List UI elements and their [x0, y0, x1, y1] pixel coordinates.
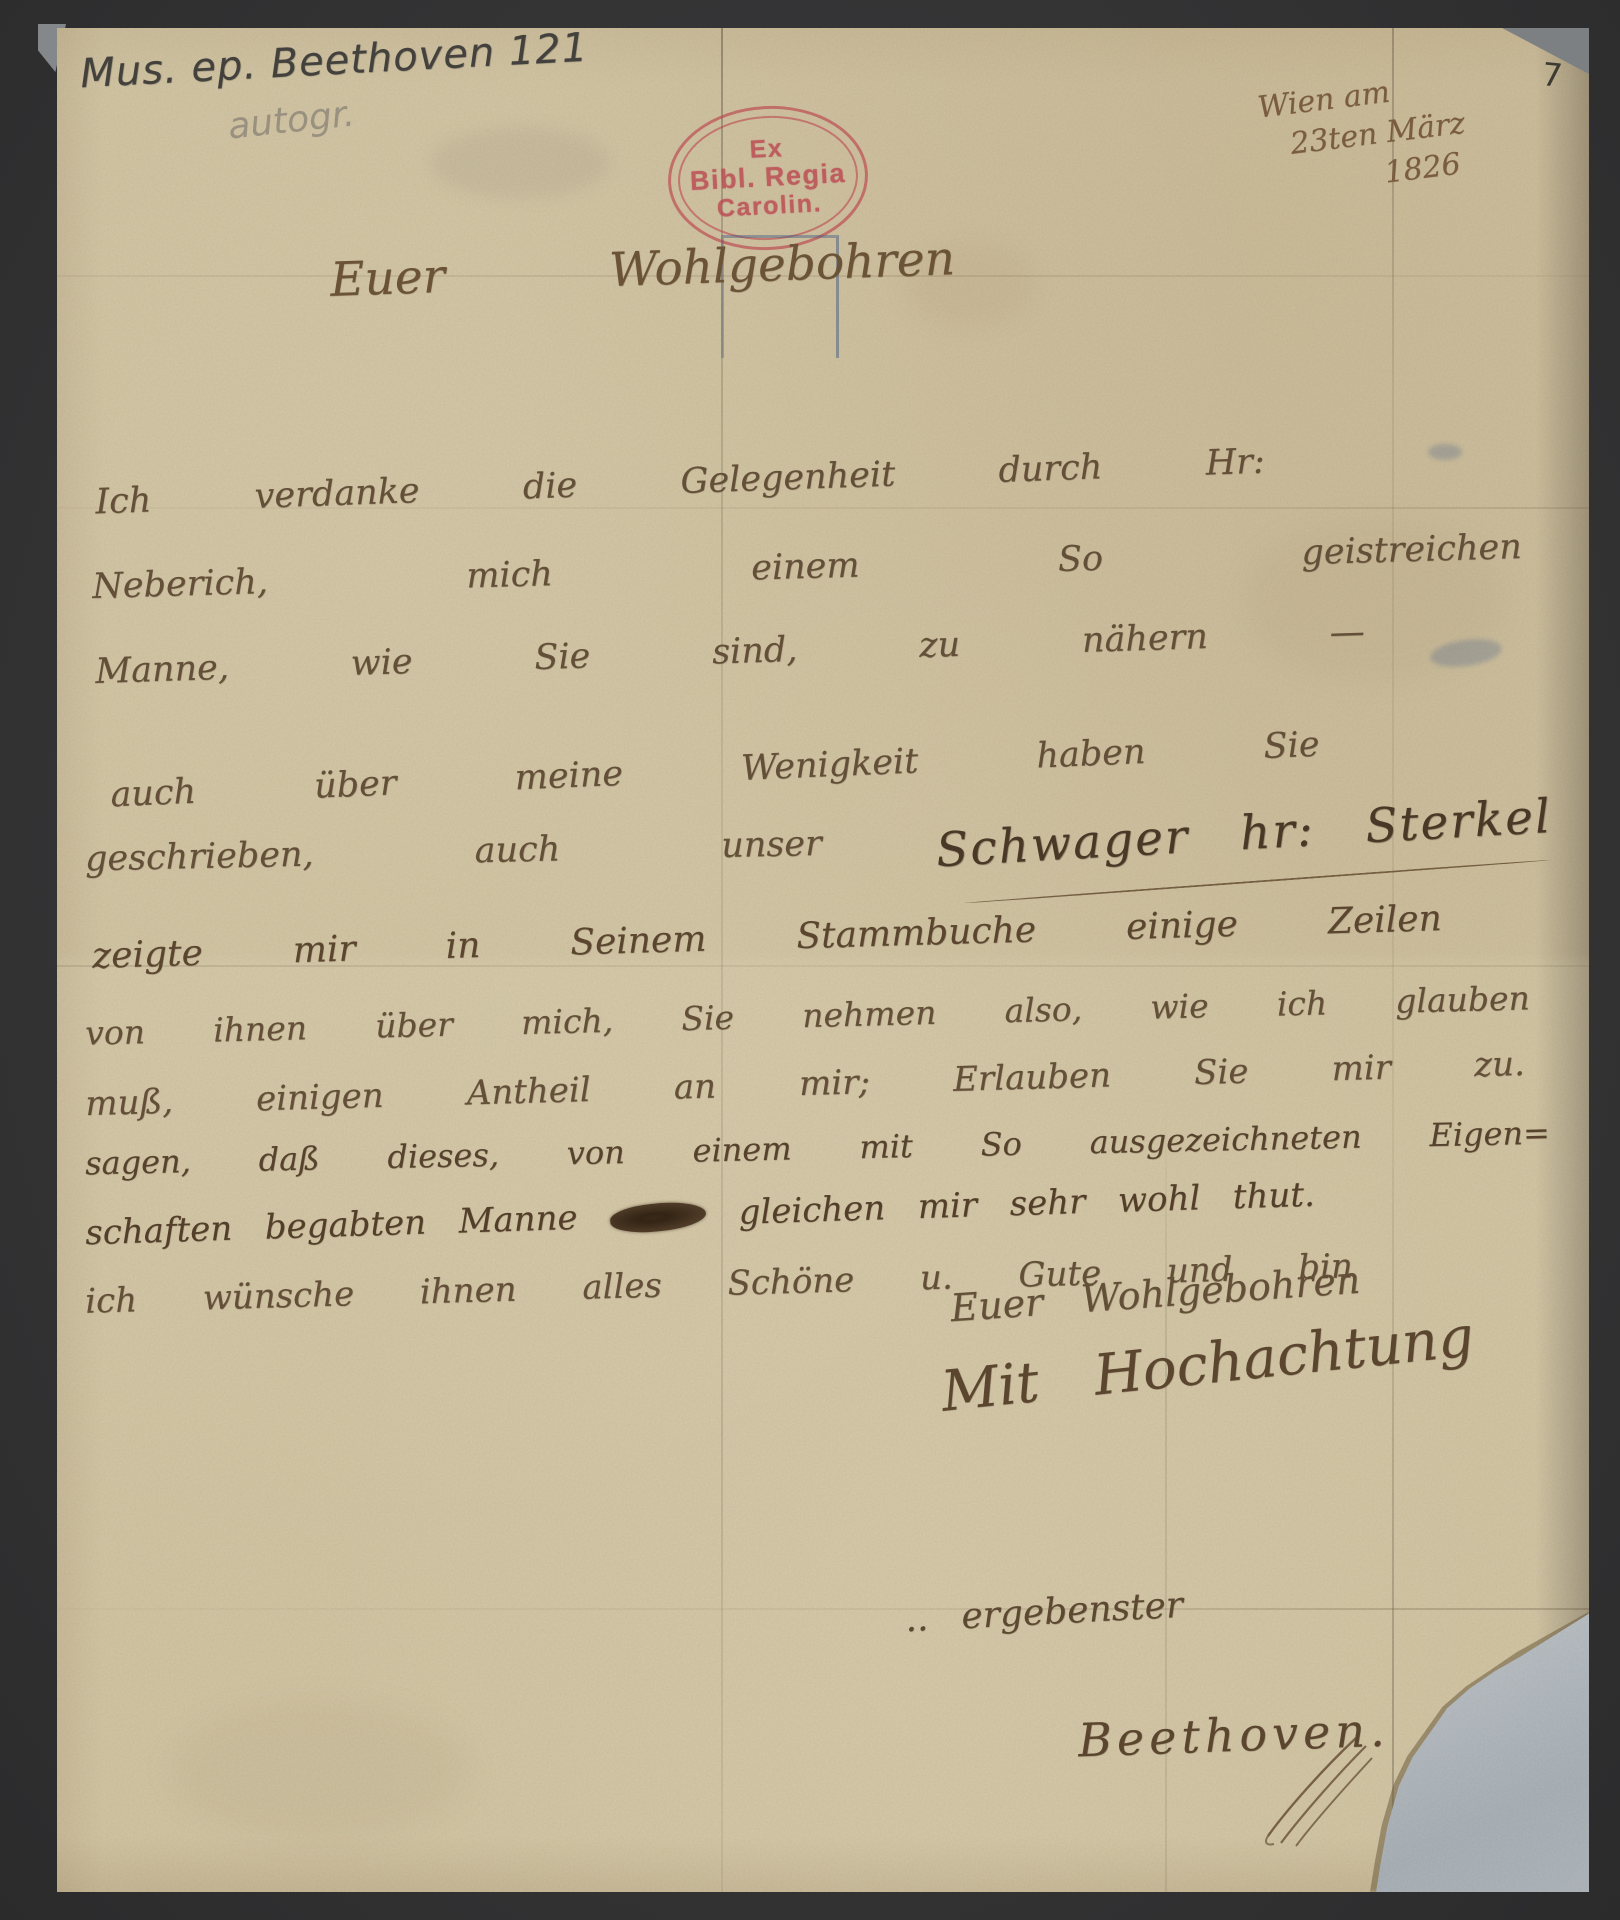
salutation: Euer Wohlgebohren	[329, 231, 956, 308]
letter-line: geschrieben, auch unser Schwager hr: Ste…	[85, 807, 1554, 899]
letter-line: Manne, wie Sie sind, zu nähern —	[95, 610, 1366, 695]
vertical-fold-line	[1392, 28, 1394, 1892]
stamp-line: Ex	[749, 136, 784, 165]
autograph-note: autogr.	[226, 93, 356, 147]
letter-line-text: schaften begabten Manne	[85, 1198, 578, 1253]
dateline: Wien am 23ten März 1826	[1255, 64, 1472, 208]
letter-line: auch über meine Wenigkeit haben Sie	[110, 723, 1321, 819]
letter-line: Ich verdanke die Gelegenheit durch Hr:	[95, 440, 1266, 526]
letter-line: schaften begabten Manne gleichen mir seh…	[85, 1173, 1316, 1256]
horizontal-crease	[57, 1608, 1589, 1610]
letter-line: zeigte mir in Seinem Stammbuche einige Z…	[92, 896, 1443, 980]
library-stamp: Ex Bibl. Regia Carolin.	[664, 101, 871, 255]
scan-background: Mus. ep. Beethoven 121 autogr. 7 Ex Bibl…	[0, 0, 1620, 1920]
shelfmark-inscription: Mus. ep. Beethoven 121	[79, 25, 589, 98]
ink-blot	[609, 1199, 707, 1237]
letter-line-text: geschrieben, auch unser	[85, 822, 823, 883]
letter-line-text: gleichen mir sehr wohl thut.	[738, 1175, 1315, 1233]
paper-stain	[430, 128, 610, 198]
blue-smudge	[1428, 444, 1462, 460]
letter-line: Neberich, mich einem So geistreichen	[92, 525, 1523, 610]
letter-paper: Mus. ep. Beethoven 121 autogr. 7 Ex Bibl…	[57, 28, 1589, 1892]
signature-flourish	[1250, 1732, 1385, 1856]
letter-line: muß, einigen Antheil an mir; Erlauben Si…	[85, 1042, 1526, 1126]
blue-smudge	[1429, 635, 1504, 671]
closing-valediction: .. ergebenster	[904, 1585, 1184, 1641]
page-number: 7	[1540, 55, 1564, 95]
letter-line: sagen, daß dieses, von einem mit So ausg…	[85, 1113, 1551, 1185]
letter-line: von ihnen über mich, Sie nehmen also, wi…	[85, 977, 1531, 1055]
paper-stain	[170, 1700, 470, 1840]
stamp-line: Carolin.	[716, 190, 822, 222]
